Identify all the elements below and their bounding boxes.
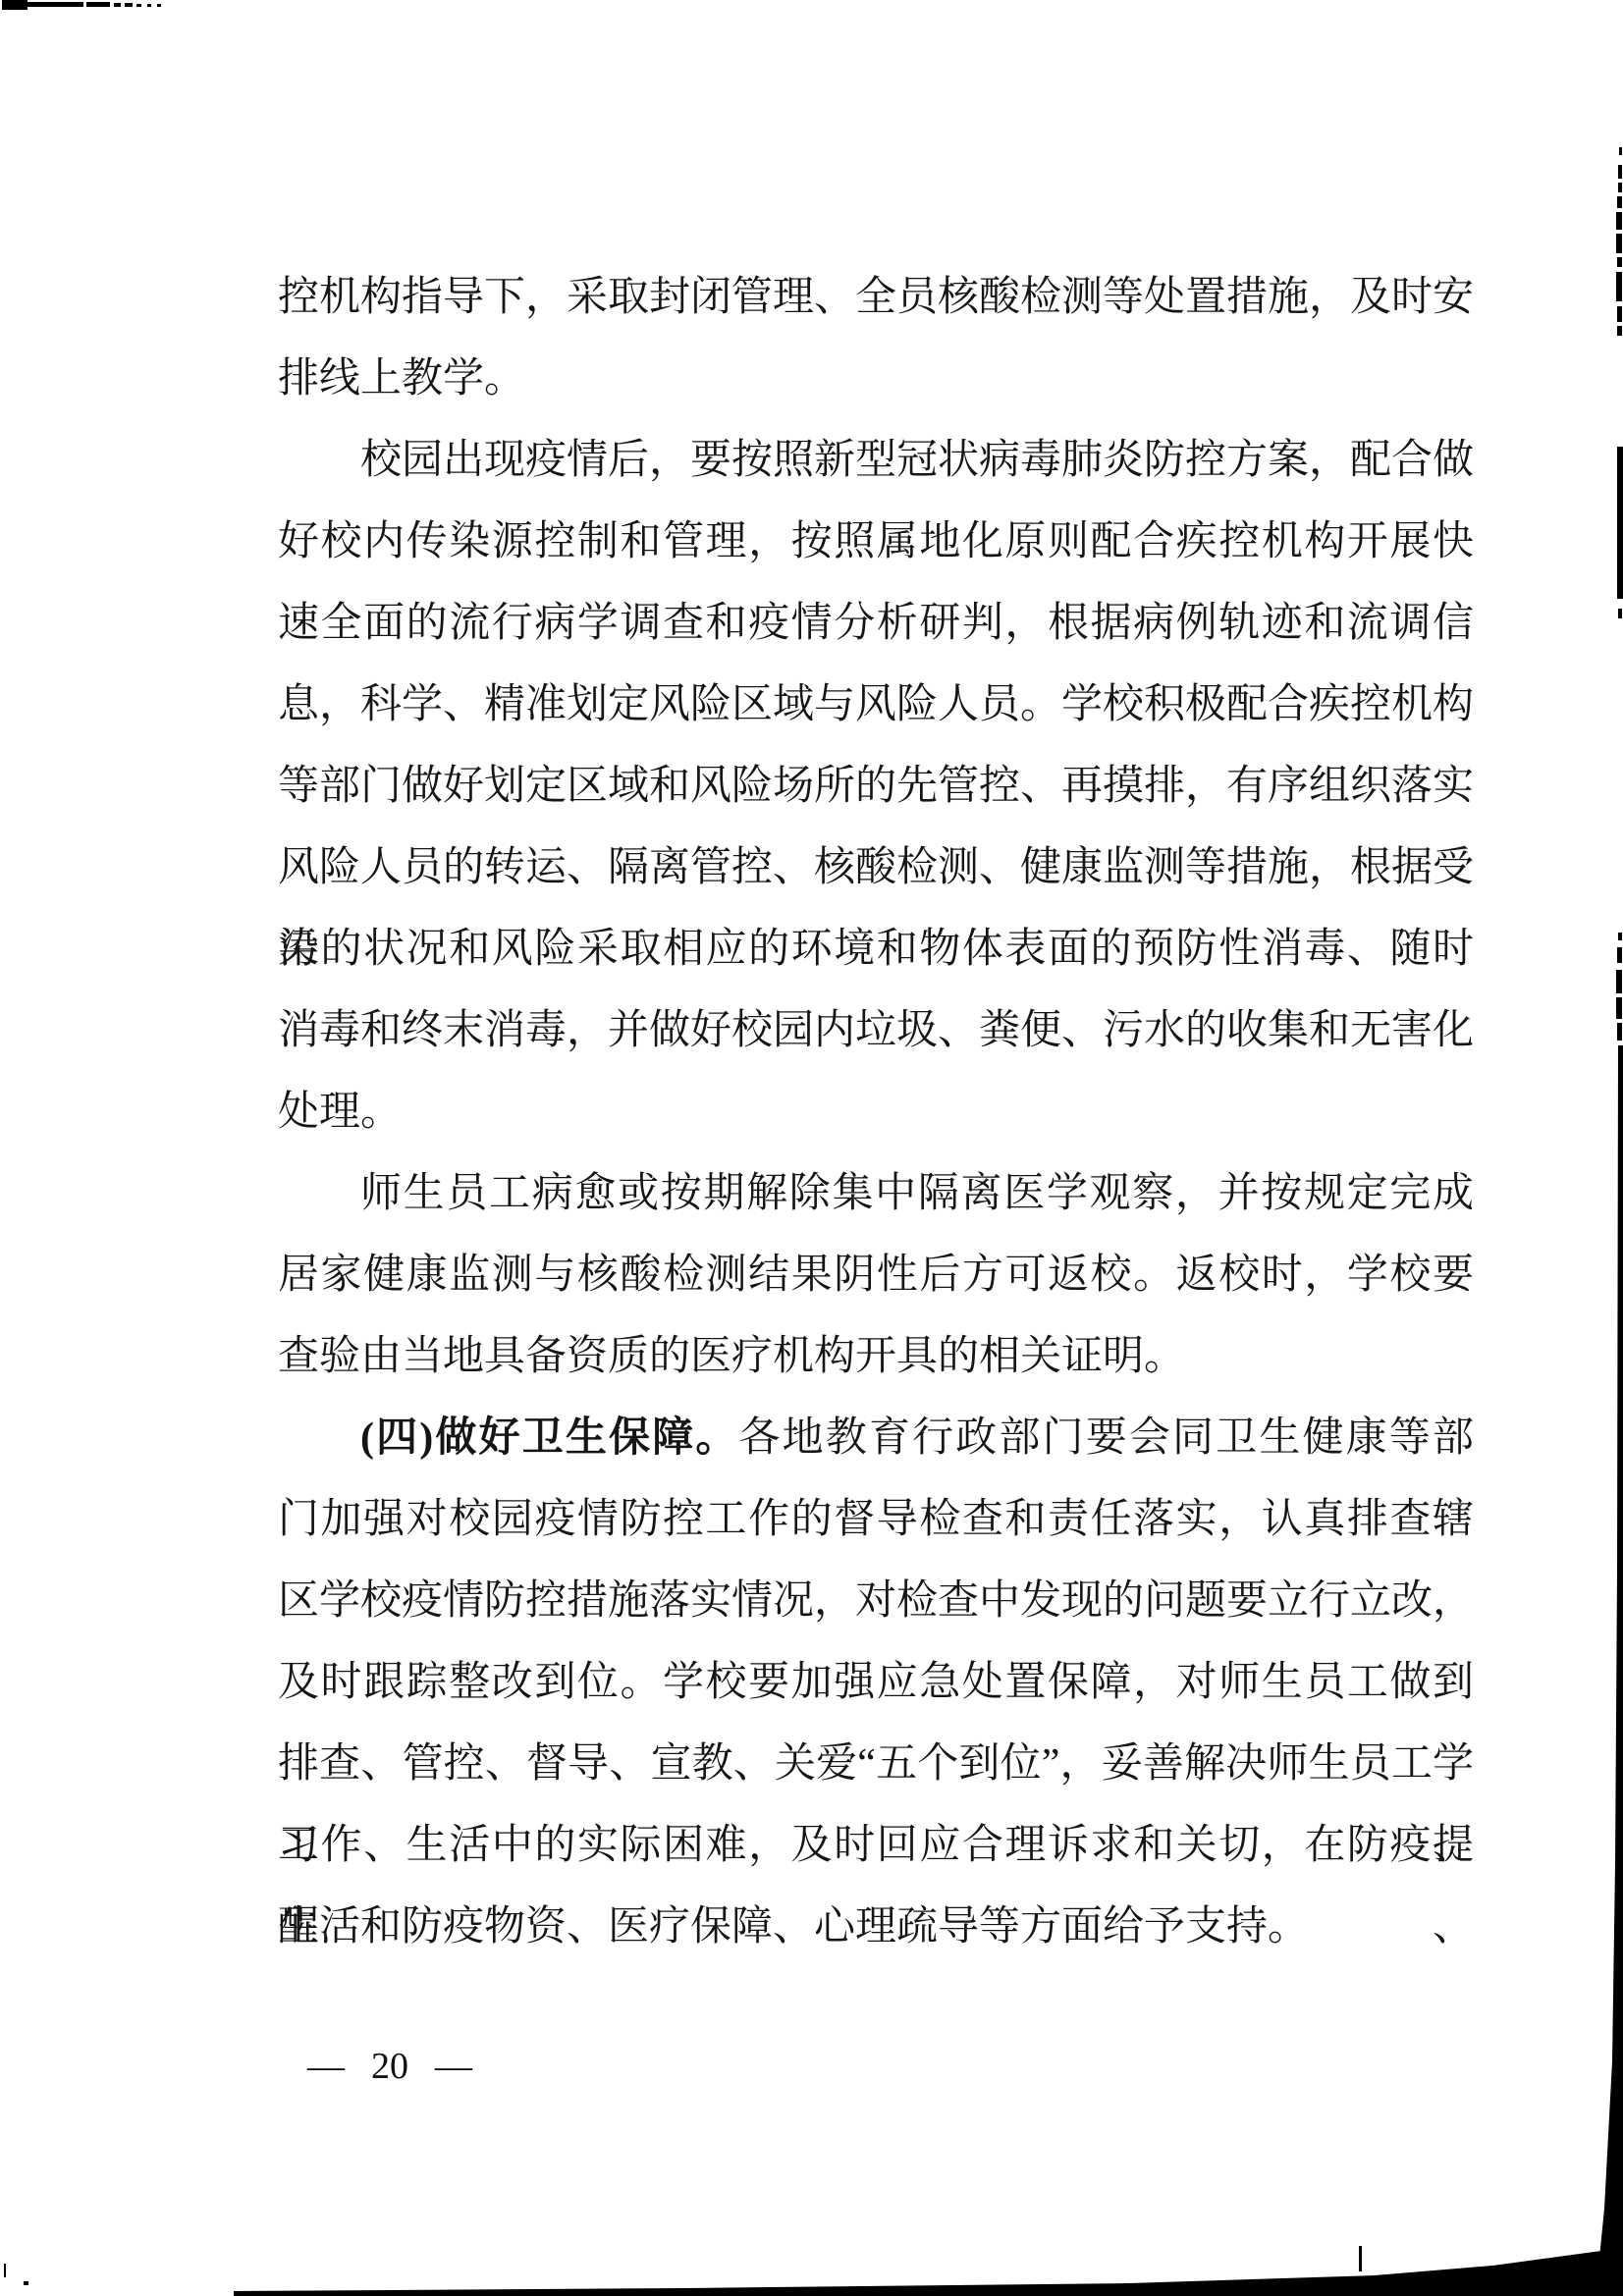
document-line: 染的状况和风险采取相应的环境和物体表面的预防性消毒、随时 (278, 909, 1474, 990)
document-line: 师生员工病愈或按期解除集中隔离医学观察，并按规定完成 (278, 1153, 1474, 1235)
document-line: 好校内传染源控制和管理，按照属地化原则配合疾控机构开展快 (278, 502, 1474, 583)
document-line-section-heading: (四)做好卫生保障。各地教育行政部门要会同卫生健康等部 (278, 1398, 1474, 1479)
document-line: 居家健康监测与核酸检测结果阴性后方可返校。返校时，学校要 (278, 1235, 1474, 1316)
scan-artifact-top-edge (2, 0, 161, 10)
document-line: 排线上教学。 (278, 339, 1474, 420)
document-line: 息，科学、精准划定风险区域与风险人员。学校积极配合疾控机构 (278, 665, 1474, 746)
section-heading-label: (四)做好卫生保障。 (360, 1415, 739, 1461)
footer-right-dash: — (435, 2045, 472, 2088)
document-line: 等部门做好划定区域和风险场所的先管控、再摸排，有序组织落实 (278, 746, 1474, 828)
document-line: 校园出现疫情后，要按照新型冠状病毒肺炎防控方案，配合做 (278, 420, 1474, 502)
document-line: 门加强对校园疫情防控工作的督导检查和责任落实，认真排查辖 (278, 1479, 1474, 1561)
document-line: 风险人员的转运、隔离管控、核酸检测、健康监测等措施，根据受污 (278, 828, 1474, 909)
scan-artifact-right-edge (1596, 147, 1623, 2296)
document-line: 处理。 (278, 1072, 1474, 1153)
document-body: 控机构指导下，采取封闭管理、全员核酸检测等处置措施，及时安 排线上教学。 校园出… (278, 257, 1474, 1968)
document-page: 控机构指导下，采取封闭管理、全员核酸检测等处置措施，及时安 排线上教学。 校园出… (0, 0, 1623, 2296)
document-line: 查验由当地具备资质的医疗机构开具的相关证明。 (278, 1316, 1474, 1398)
document-line: 生活和防疫物资、医疗保障、心理疏导等方面给予支持。 (278, 1887, 1474, 1968)
document-line: 排查、管控、督导、宣教、关爱“五个到位”，妥善解决师生员工学习、 (278, 1724, 1474, 1805)
document-line: 区学校疫情防控措施落实情况，对检查中发现的问题要立行立改， (278, 1561, 1474, 1642)
document-line: 控机构指导下，采取封闭管理、全员核酸检测等处置措施，及时安 (278, 257, 1474, 339)
scan-artifact-bottom-edge (4, 2246, 1623, 2296)
page-footer: — 20 — (307, 2044, 472, 2088)
page-number: 20 (371, 2045, 408, 2088)
document-line: 及时跟踪整改到位。学校要加强应急处置保障，对师生员工做到 (278, 1642, 1474, 1724)
footer-left-dash: — (307, 2045, 345, 2088)
document-line: 工作、生活中的实际困难，及时回应合理诉求和关切，在防疫提醒、 (278, 1805, 1474, 1887)
document-line: 消毒和终末消毒，并做好校园内垃圾、粪便、污水的收集和无害化 (278, 990, 1474, 1072)
document-line: 速全面的流行病学调查和疫情分析研判，根据病例轨迹和流调信 (278, 583, 1474, 665)
section-heading-rest: 各地教育行政部门要会同卫生健康等部 (739, 1415, 1474, 1461)
